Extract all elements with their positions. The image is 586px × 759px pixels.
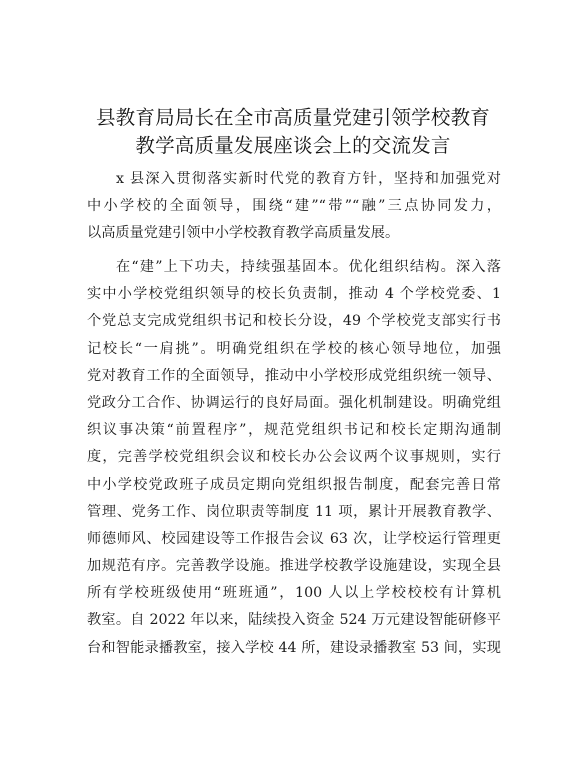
text-line: 度，完善学校党组织会议和校长办公会议两个议事规则，实行 <box>87 444 501 471</box>
text-line: 织议事决策“前置程序”，规范党组织书记和校长定期沟通制 <box>87 417 501 444</box>
title-line-2: 教学高质量发展座谈会上的交流发言 <box>60 132 526 160</box>
document-title: 县教育局局长在全市高质量党建引领学校教育 教学高质量发展座谈会上的交流发言 <box>60 104 526 160</box>
paragraph-jian: 在“建”上下功夫，持续强基固本。优化组织结构。深入落 实中小学校党组织领导的校长… <box>87 254 501 662</box>
text-line: 台和智能录播教室，接入学校 44 所，建设录播教室 53 间，实现 <box>87 635 501 662</box>
text-line: 中小学校的全面领导，围绕“建”“带”“融”三点协同发力， <box>87 193 501 220</box>
text-line: 党对教育工作的全面领导，推动中小学校形成党组织统一领导、 <box>87 363 501 390</box>
paragraph-intro: x 县深入贯彻落实新时代党的教育方针，坚持和加强党对 中小学校的全面领导，围绕“… <box>87 166 501 248</box>
text-line: 以高质量党建引领中小学校教育教学高质量发展。 <box>87 220 501 247</box>
text-line: 所有学校班级使用“班班通”，100 人以上学校校校有计算机 <box>87 580 501 607</box>
text-line: 个党总支完成党组织书记和校长分设，49 个学校党支部实行书 <box>87 308 501 335</box>
text-line: 在“建”上下功夫，持续强基固本。优化组织结构。深入落 <box>87 254 501 281</box>
text-line: 中小学校党政班子成员定期向党组织报告制度，配套完善日常 <box>87 472 501 499</box>
text-line: 管理、党务工作、岗位职责等制度 11 项，累计开展教育教学、 <box>87 499 501 526</box>
text-line: 党政分工合作、协调运行的良好局面。强化机制建设。明确党组 <box>87 390 501 417</box>
text-line: 记校长“一肩挑”。明确党组织在学校的核心领导地位，加强 <box>87 336 501 363</box>
text-line: 教室。自 2022 年以来，陆续投入资金 524 万元建设智能研修平 <box>87 607 501 634</box>
text-line: 师德师风、校园建设等工作报告会议 63 次，让学校运行管理更 <box>87 526 501 553</box>
text-line: x 县深入贯彻落实新时代党的教育方针，坚持和加强党对 <box>87 166 501 193</box>
title-line-1: 县教育局局长在全市高质量党建引领学校教育 <box>60 104 526 132</box>
text-line: 实中小学校党组织领导的校长负责制，推动 4 个学校党委、1 <box>87 281 501 308</box>
document-page: 县教育局局长在全市高质量党建引领学校教育 教学高质量发展座谈会上的交流发言 x … <box>0 0 586 759</box>
text-line: 加规范有序。完善教学设施。推进学校教学设施建设，实现全县 <box>87 553 501 580</box>
